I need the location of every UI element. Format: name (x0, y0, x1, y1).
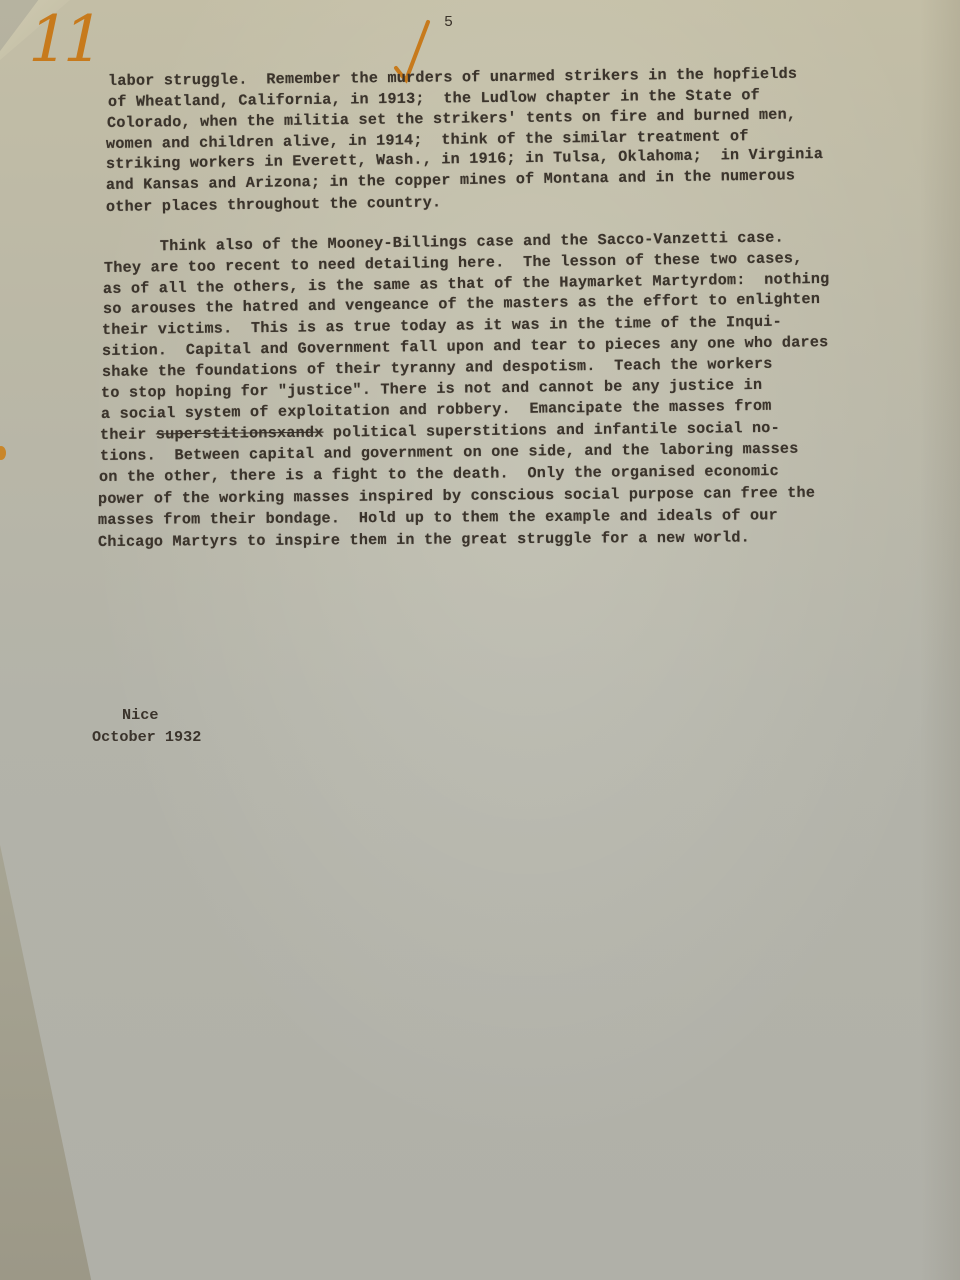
struck-out-text: superstitionsxandx (156, 424, 324, 444)
closing-date: October 1932 (92, 728, 201, 746)
page-number: 5 (444, 14, 453, 31)
handwritten-margin-number: 11 (21, 8, 104, 72)
closing-place: Nice (122, 706, 158, 724)
page-edge-shadow (920, 0, 960, 1280)
